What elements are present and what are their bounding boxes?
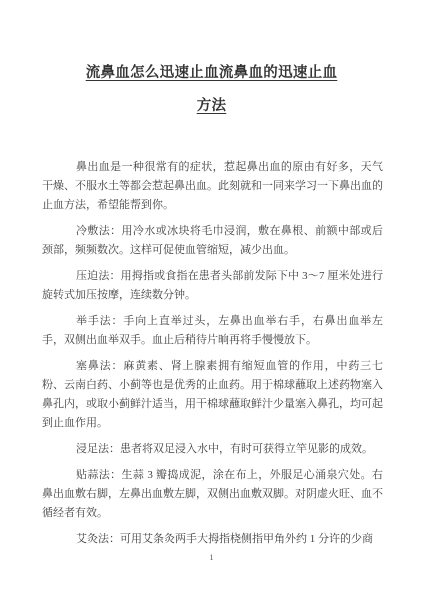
- paragraph-cold-compress: 冷敷法：用冷水或冰块将毛巾浸润，敷在鼻根、前额中部或后颈部，频频数次。这样可促使…: [42, 222, 383, 260]
- paragraph-pressure: 压迫法：用拇指或食指在患者头部前发际下中 3～7 厘米处进行旋转式加压按摩，连续…: [42, 267, 383, 305]
- paragraph-nose-plug: 塞鼻法：麻黄素、肾上腺素拥有缩短血管的作用，中药三七粉、云南白药、小蓟等也是优秀…: [42, 357, 383, 433]
- page-number: 1: [0, 553, 423, 562]
- document-title-line-2: 方法: [38, 90, 385, 123]
- document-body: 鼻出血是一种很常有的症状，惹起鼻出血的原由有好多，天气干燥、不服水土等都会惹起鼻…: [42, 158, 383, 549]
- paragraph-raise-hand: 举手法：手向上直举过头，左鼻出血举右手，右鼻出血举左手，双侧出血举双手。血止后稍…: [42, 312, 383, 350]
- paragraph-intro: 鼻出血是一种很常有的症状，惹起鼻出血的原由有好多，天气干燥、不服水土等都会惹起鼻…: [42, 158, 383, 215]
- paragraph-moxibustion: 艾灸法：可用艾条灸两手大拇指桡侧指甲角外约 1 分许的少商: [42, 530, 383, 549]
- paragraph-foot-soak: 浸足法：患者将双足浸入水中，有时可获得立竿见影的成效。: [42, 440, 383, 459]
- paragraph-garlic: 贴蒜法：生蒜 3 瓣捣成泥，涂在布上，外服足心涌泉穴处。右鼻出血敷右脚，左鼻出血…: [42, 466, 383, 523]
- document-title-text-1: 流鼻血怎么迅速止血流鼻血的迅速止血: [86, 65, 338, 81]
- document-title-text-2: 方法: [197, 98, 227, 114]
- document-page: 流鼻血怎么迅速止血流鼻血的迅速止血 方法 鼻出血是一种很常有的症状，惹起鼻出血的…: [0, 0, 423, 600]
- document-title-line-1: 流鼻血怎么迅速止血流鼻血的迅速止血: [38, 57, 385, 90]
- document-title: 流鼻血怎么迅速止血流鼻血的迅速止血 方法: [38, 57, 385, 123]
